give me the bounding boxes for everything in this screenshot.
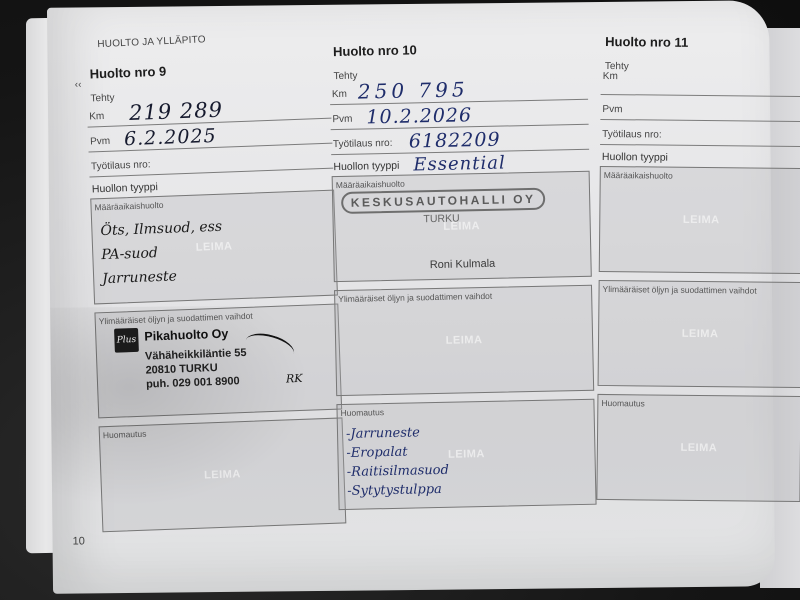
note-line: -Sytytystulppa — [347, 480, 449, 501]
km-label: Km — [603, 71, 618, 82]
service-entry-11: Huolto nro 11 Tehty Km Pvm Työtilaus nro… — [592, 34, 800, 510]
section-title: HUOLTO JA YLLÄPITO — [97, 34, 206, 50]
service-entry-9: Huolto nro 9 Tehty Km 219 289 Pvm 6.2.20… — [81, 58, 346, 541]
stamp-placeholder: LEIMA — [600, 213, 800, 227]
note-line: Jarruneste — [102, 263, 224, 291]
back-marker-icon: ‹‹ — [75, 79, 82, 90]
km-value: 219 289 — [129, 98, 224, 125]
service-type-label: Huollon tyyppi — [333, 160, 399, 173]
work-order-field[interactable]: Työtilaus nro: — [600, 120, 800, 147]
scheduled-service-label: Määräaikaishuolto — [94, 200, 163, 213]
scheduled-service-label: Määräaikaishuolto — [604, 170, 673, 181]
km-label: Km — [89, 111, 104, 123]
service-title: Huolto nro 10 — [333, 39, 587, 59]
page-number: 10 — [72, 535, 84, 547]
stamp-placeholder: LEIMA — [336, 332, 592, 349]
remarks-box: Huomautus LEIMA -Jarruneste -Eropalat -R… — [336, 399, 596, 510]
scheduled-service-label: Määräaikaishuolto — [336, 179, 405, 190]
plus-logo-icon: Plus — [114, 328, 139, 353]
date-field[interactable]: Pvm — [600, 95, 800, 122]
stamp-phone: puh. 029 001 8900 — [146, 374, 248, 392]
date-label: Pvm — [602, 104, 622, 115]
date-label: Pvm — [90, 136, 110, 148]
service-type-field[interactable]: Huollon tyyppi — [602, 151, 800, 165]
scheduled-service-notes: Öts, Ilmsuod, ess PA-suod Jarruneste — [100, 215, 224, 291]
stamp-placeholder: LEIMA — [599, 327, 800, 341]
km-label: Km — [332, 89, 347, 100]
work-order-field[interactable]: Työtilaus nro: 6182209 — [331, 125, 589, 155]
work-order-label: Työtilaus nro: — [333, 138, 393, 150]
service-entry-10: Huolto nro 10 Tehty Km 250 795 Pvm 10.2.… — [325, 39, 597, 518]
extra-oil-change-box: Ylimääräiset öljyn ja suodattimen vaihdo… — [334, 285, 594, 396]
extra-oil-change-box: Ylimääräiset öljyn ja suodattimen vaihdo… — [598, 280, 800, 388]
date-label: Pvm — [332, 114, 352, 125]
service-type-label: Huollon tyyppi — [602, 151, 668, 164]
remarks-notes: -Jarruneste -Eropalat -Raitisilmasuod -S… — [346, 423, 450, 501]
extra-oil-change-label: Ylimääräiset öljyn ja suodattimen vaihdo… — [99, 311, 253, 327]
note-line: -Jarruneste — [346, 423, 448, 444]
service-type-field[interactable]: Huollon tyyppi Essential — [333, 156, 589, 173]
note-line: -Eropalat — [346, 442, 448, 463]
remarks-box: Huomautus LEIMA — [596, 394, 800, 502]
note-line: -Raitisilmasuod — [347, 461, 449, 482]
signature: RK — [286, 372, 303, 386]
date-value: 10.2.2026 — [366, 104, 472, 128]
extra-oil-change-label: Ylimääräiset öljyn ja suodattimen vaihdo… — [338, 291, 492, 304]
work-order-value: 6182209 — [409, 129, 501, 153]
remarks-label: Huomautus — [103, 429, 147, 441]
extra-oil-change-box: Ylimääräiset öljyn ja suodattimen vaihdo… — [94, 304, 342, 419]
stamp-person: Roni Kulmala — [334, 256, 590, 273]
km-value: 250 795 — [358, 77, 469, 103]
remarks-label: Huomautus — [340, 407, 384, 418]
service-type-label: Huollon tyyppi — [92, 181, 158, 195]
service-book-page: HUOLTO JA YLLÄPITO ‹‹ Huolto nro 9 Tehty… — [47, 0, 775, 594]
note-line: Öts, Ilmsuod, ess — [100, 215, 222, 243]
pen-scribble — [242, 329, 297, 366]
service-title: Huolto nro 11 — [605, 34, 800, 51]
stamp-placeholder: LEIMA — [598, 441, 800, 455]
date-value: 6.2.2025 — [124, 125, 217, 150]
stamp-company: KESKUSAUTOHALLI OY — [341, 188, 545, 214]
stamp-address-block: Vähäheikkiläntie 55 20810 TURKU puh. 029… — [145, 346, 248, 392]
scheduled-service-box: Määräaikaishuolto LEIMA — [599, 166, 800, 274]
stamp-company: Pikahuolto Oy — [144, 327, 229, 344]
extra-oil-change-label: Ylimääräiset öljyn ja suodattimen vaihdo… — [603, 284, 757, 296]
scheduled-service-box: Määräaikaishuolto LEIMA KESKUSAUTOHALLI … — [332, 171, 592, 282]
remarks-label: Huomautus — [601, 398, 645, 408]
stamp-placeholder: LEIMA — [101, 464, 343, 485]
remarks-box: Huomautus LEIMA — [99, 417, 347, 532]
service-title: Huolto nro 9 — [89, 58, 329, 82]
work-order-label: Työtilaus nro: — [602, 129, 662, 141]
km-field[interactable]: Km — [601, 70, 800, 97]
scheduled-service-box: Määräaikaishuolto LEIMA Öts, Ilmsuod, es… — [90, 190, 338, 305]
work-order-label: Työtilaus nro: — [91, 159, 151, 172]
